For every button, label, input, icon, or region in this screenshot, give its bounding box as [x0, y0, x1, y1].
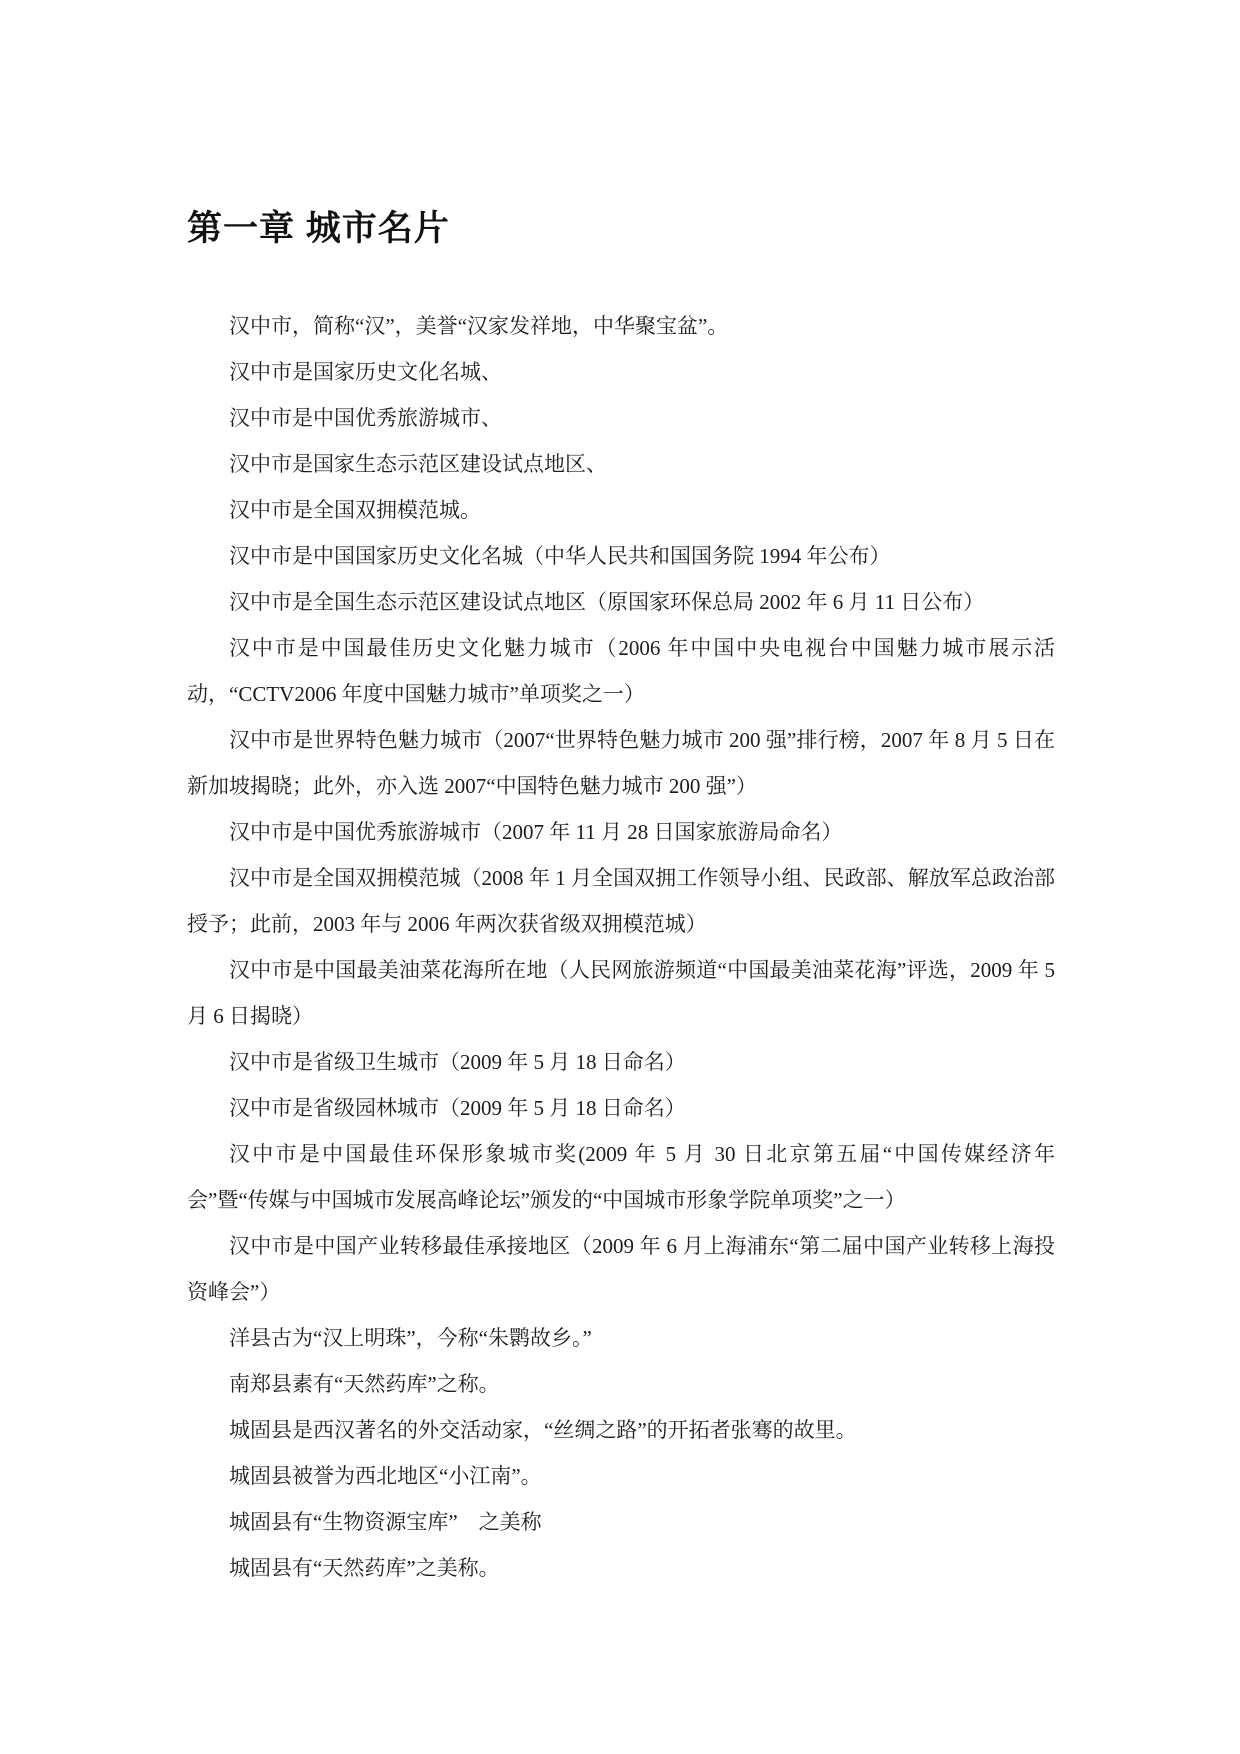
paragraph: 汉中市是中国最美油菜花海所在地（人民网旅游频道“中国最美油菜花海”评选，2009…: [187, 947, 1055, 1039]
document-body: 汉中市，简称“汉”，美誉“汉家发祥地，中华聚宝盆”。 汉中市是国家历史文化名城、…: [187, 303, 1055, 1591]
paragraph: 城固县被誉为西北地区“小江南”。: [187, 1453, 1055, 1499]
paragraph: 汉中市是中国国家历史文化名城（中华人民共和国国务院 1994 年公布）: [187, 533, 1055, 579]
chapter-title: 第一章 城市名片: [187, 204, 450, 254]
paragraph: 汉中市是中国最佳环保形象城市奖(2009 年 5 月 30 日北京第五届“中国传…: [187, 1131, 1055, 1223]
paragraph: 南郑县素有“天然药库”之称。: [187, 1361, 1055, 1407]
paragraph: 城固县有“生物资源宝库” 之美称: [187, 1499, 1055, 1545]
paragraph: 汉中市是全国双拥模范城（2008 年 1 月全国双拥工作领导小组、民政部、解放军…: [187, 855, 1055, 947]
document-page: 第一章 城市名片 汉中市，简称“汉”，美誉“汉家发祥地，中华聚宝盆”。 汉中市是…: [0, 0, 1240, 1754]
paragraph: 汉中市是省级园林城市（2009 年 5 月 18 日命名）: [187, 1085, 1055, 1131]
paragraph: 汉中市是中国产业转移最佳承接地区（2009 年 6 月上海浦东“第二届中国产业转…: [187, 1223, 1055, 1315]
paragraph: 汉中市，简称“汉”，美誉“汉家发祥地，中华聚宝盆”。: [187, 303, 1055, 349]
paragraph: 汉中市是省级卫生城市（2009 年 5 月 18 日命名）: [187, 1039, 1055, 1085]
paragraph: 汉中市是世界特色魅力城市（2007“世界特色魅力城市 200 强”排行榜，200…: [187, 717, 1055, 809]
paragraph: 汉中市是全国双拥模范城。: [187, 487, 1055, 533]
paragraph: 汉中市是中国优秀旅游城市（2007 年 11 月 28 日国家旅游局命名）: [187, 809, 1055, 855]
paragraph: 洋县古为“汉上明珠”，今称“朱鹮故乡。”: [187, 1315, 1055, 1361]
paragraph: 城固县是西汉著名的外交活动家，“丝绸之路”的开拓者张骞的故里。: [187, 1407, 1055, 1453]
paragraph: 汉中市是全国生态示范区建设试点地区（原国家环保总局 2002 年 6 月 11 …: [187, 579, 1055, 625]
paragraph: 汉中市是中国优秀旅游城市、: [187, 395, 1055, 441]
paragraph: 汉中市是国家历史文化名城、: [187, 349, 1055, 395]
paragraph: 汉中市是中国最佳历史文化魅力城市（2006 年中国中央电视台中国魅力城市展示活动…: [187, 625, 1055, 717]
paragraph: 汉中市是国家生态示范区建设试点地区、: [187, 441, 1055, 487]
paragraph: 城固县有“天然药库”之美称。: [187, 1545, 1055, 1591]
